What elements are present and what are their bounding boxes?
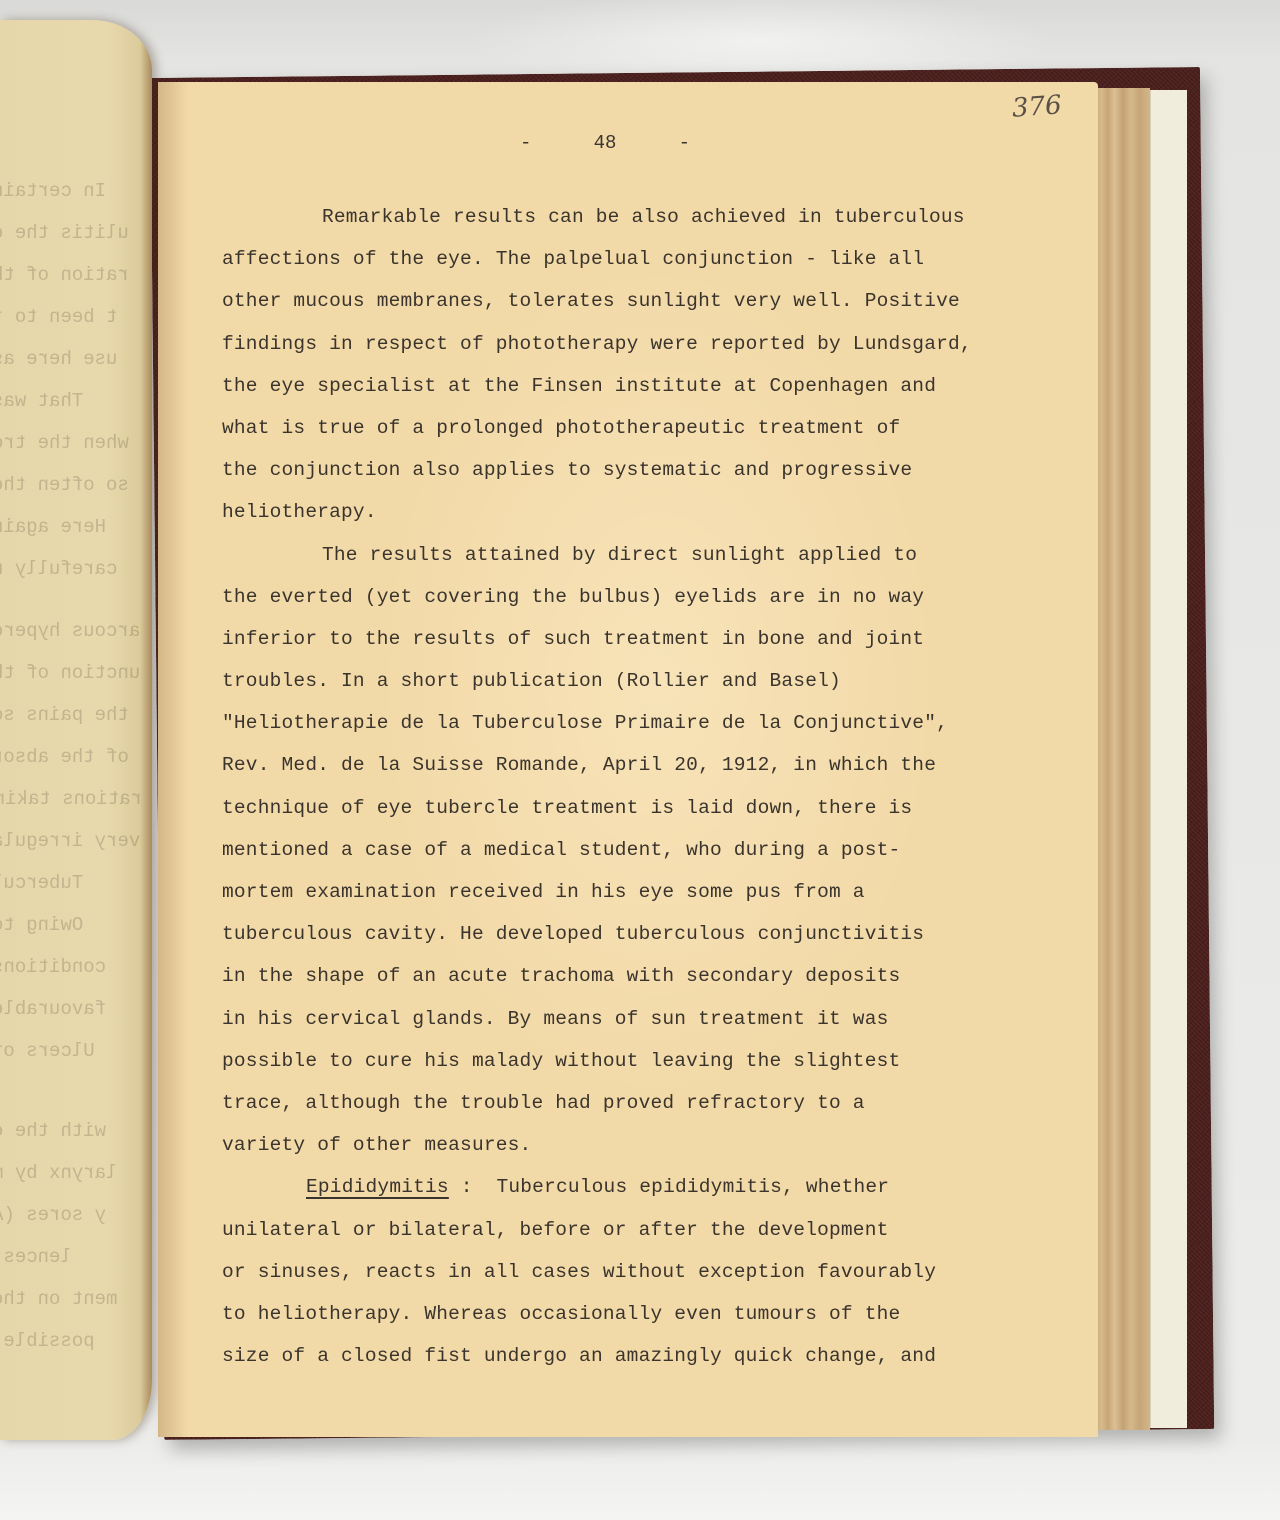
- heading-line-rest: Tuberculous epididymitis, whether: [496, 1176, 889, 1198]
- text-line: Remarkable results can be also achieved …: [222, 196, 1012, 238]
- bleed-line: lences.: [0, 1236, 142, 1278]
- page-number-value: 48: [594, 132, 617, 154]
- bleed-line: Owing to: [0, 904, 142, 946]
- text-line: trace, although the trouble had proved r…: [222, 1082, 1012, 1124]
- text-line: in the shape of an acute trachoma with s…: [222, 955, 1012, 997]
- page-number-dash-left: -: [520, 132, 531, 154]
- text-line: in his cervical glands. By means of sun …: [222, 998, 1012, 1040]
- bleed-line: conditions: [0, 946, 142, 988]
- text-line: size of a closed fist undergo an amazing…: [222, 1335, 1012, 1377]
- bleed-line: That was: [0, 380, 142, 422]
- bleed-line: possible.: [0, 1320, 142, 1362]
- bleed-line: unction of th: [0, 652, 142, 694]
- left-page-curled: In certain ulitis the e ration of th t b…: [0, 20, 152, 1440]
- bleedthrough-lower: with the e larynx by m y sores (A lences…: [0, 1110, 142, 1362]
- bleed-line: y sores (A: [0, 1194, 142, 1236]
- text-line: mentioned a case of a medical student, w…: [222, 829, 1012, 871]
- paragraph-eyelid-results: The results attained by direct sunlight …: [222, 534, 1012, 1167]
- text-line: mortem examination received in his eye s…: [222, 871, 1012, 913]
- bleed-line: arcous hypere: [0, 610, 142, 652]
- bleed-line: In certain: [0, 170, 142, 212]
- text-line: the eye specialist at the Finsen institu…: [222, 365, 1012, 407]
- text-line: heliotherapy.: [222, 491, 1012, 533]
- bleed-line: larynx by m: [0, 1152, 142, 1194]
- bleed-line: very irregula: [0, 820, 142, 862]
- text-line: the everted (yet covering the bulbus) ey…: [222, 576, 1012, 618]
- bleed-line: of the absor: [0, 736, 142, 778]
- bleed-line: ration of th: [0, 254, 142, 296]
- text-line: possible to cure his malady without leav…: [222, 1040, 1012, 1082]
- body-text: Remarkable results can be also achieved …: [222, 196, 1012, 1377]
- bleed-line: use here as: [0, 338, 142, 380]
- text-line: troubles. In a short publication (Rollie…: [222, 660, 1012, 702]
- bleed-line: Ulcers of: [0, 1030, 142, 1072]
- endpaper: [1150, 90, 1187, 1428]
- bleed-line: with the e: [0, 1110, 142, 1152]
- bleed-line: ulitis the e: [0, 212, 142, 254]
- text-line: Epididymitis : Tuberculous epididymitis,…: [222, 1166, 1012, 1208]
- bleed-line: t been to t: [0, 296, 142, 338]
- page-number: - 48 -: [520, 132, 690, 154]
- bleed-line: carefully n: [0, 548, 142, 590]
- text-line: the conjunction also applies to systemat…: [222, 449, 1012, 491]
- heading-separator: :: [449, 1176, 497, 1198]
- bleed-line: Here again: [0, 506, 142, 548]
- text-line: Rev. Med. de la Suisse Romande, April 20…: [222, 744, 1012, 786]
- bleed-line: rations taking: [0, 778, 142, 820]
- paragraph-epididymitis: Epididymitis : Tuberculous epididymitis,…: [222, 1166, 1012, 1377]
- bleed-line: the pains so: [0, 694, 142, 736]
- text-line: inferior to the results of such treatmen…: [222, 618, 1012, 660]
- paragraph-eye-affections: Remarkable results can be also achieved …: [222, 196, 1012, 534]
- text-line: what is true of a prolonged phototherape…: [222, 407, 1012, 449]
- text-line: other mucous membranes, tolerates sunlig…: [222, 280, 1012, 322]
- bleedthrough-upper: In certain ulitis the e ration of th t b…: [0, 170, 142, 590]
- text-line: affections of the eye. The palpelual con…: [222, 238, 1012, 280]
- bleed-line: so often the: [0, 464, 142, 506]
- text-line: findings in respect of phototherapy were…: [222, 323, 1012, 365]
- text-line: to heliotherapy. Whereas occasionally ev…: [222, 1293, 1012, 1335]
- section-heading-epididymitis: Epididymitis: [306, 1176, 449, 1198]
- text-line: The results attained by direct sunlight …: [222, 534, 1012, 576]
- bleed-line: ment on the: [0, 1278, 142, 1320]
- text-line: or sinuses, reacts in all cases without …: [222, 1251, 1012, 1293]
- bleed-line: Tubercul: [0, 862, 142, 904]
- bleed-line: when the tro: [0, 422, 142, 464]
- text-line: tuberculous cavity. He developed tubercu…: [222, 913, 1012, 955]
- page-edges-stack: [1096, 88, 1150, 1430]
- text-line: technique of eye tubercle treatment is l…: [222, 787, 1012, 829]
- page-number-dash-right: -: [679, 132, 690, 154]
- text-line: unilateral or bilateral, before or after…: [222, 1209, 1012, 1251]
- bleedthrough-middle: arcous hypere unction of th the pains so…: [0, 610, 142, 1072]
- handwritten-folio-number: 376: [1011, 90, 1063, 123]
- text-line: "Heliotherapie de la Tuberculose Primair…: [222, 702, 1012, 744]
- bleed-line: favourable: [0, 988, 142, 1030]
- text-line: variety of other measures.: [222, 1124, 1012, 1166]
